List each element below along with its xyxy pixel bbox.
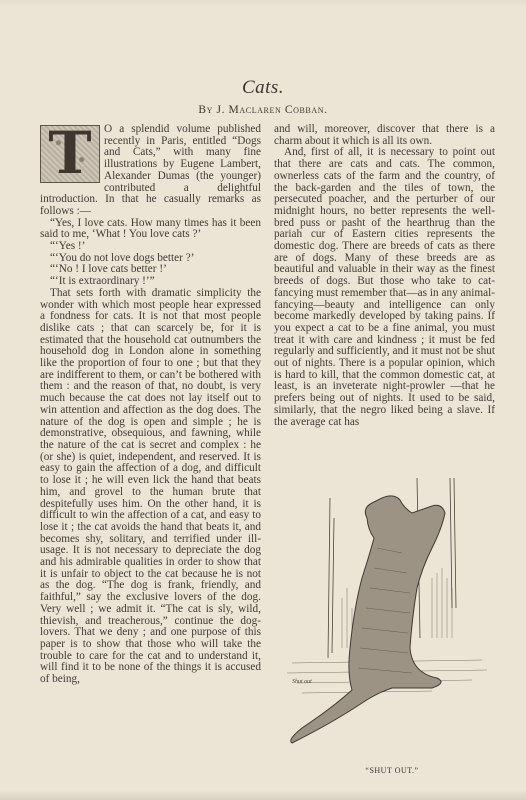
paragraph: That sets forth with dramatic simplicity… xyxy=(40,288,261,686)
artist-signature: Shut out xyxy=(292,679,312,685)
article-byline: By J. Maclaren Cobban. xyxy=(0,104,526,116)
paragraph: “‘Yes !’ xyxy=(40,241,261,253)
paragraph: “Yes, I love cats. How many times has it… xyxy=(40,218,261,241)
paragraph: TO a splendid volume published recently … xyxy=(40,124,261,218)
ornamental-drop-cap: T xyxy=(40,125,100,183)
paragraph: and will, moreover, discover that there … xyxy=(274,124,495,147)
right-column: and will, moreover, discover that there … xyxy=(274,124,495,428)
paragraph: And, first of all, it is necessary to po… xyxy=(274,147,495,428)
cat-illustration: Shut out xyxy=(282,478,497,753)
magazine-page: Cats. By J. Maclaren Cobban. TO a splend… xyxy=(0,0,526,800)
article-title: Cats. xyxy=(0,77,526,99)
illustration-caption: “SHUT OUT.” xyxy=(352,766,432,775)
left-column: TO a splendid volume published recently … xyxy=(40,124,261,686)
